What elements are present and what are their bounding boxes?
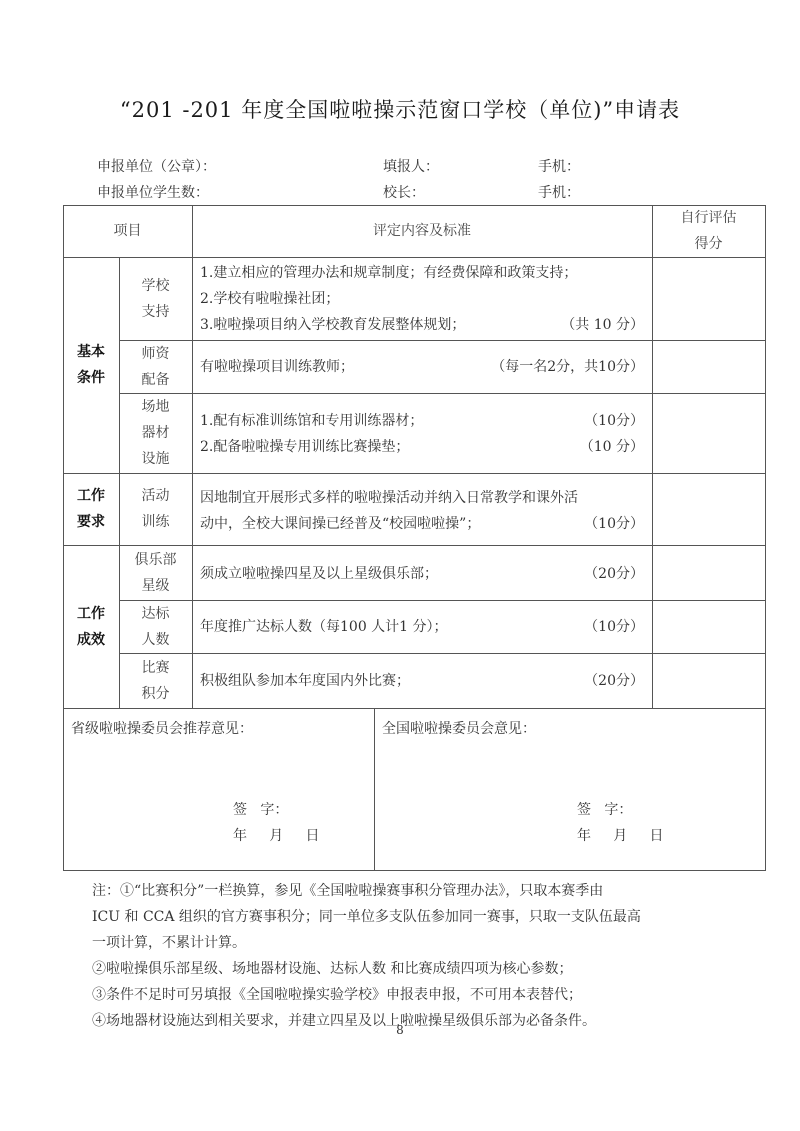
criteria-line: 3.啦啦操项目纳入学校教育发展整体规划；（共 10 分） — [200, 312, 644, 338]
category-line: 工作 — [77, 483, 105, 509]
criteria-club-star-level: 须成立啦啦操四星及以上星级俱乐部；（20分） — [192, 561, 652, 587]
criteria-text: 1.建立相应的管理办法和规章制度；有经费保障和政策支持； — [200, 260, 577, 286]
subitem-line: 人数 — [142, 627, 170, 653]
criteria-text: 有啦啦操项目训练教师； — [200, 354, 354, 380]
self-score-input-facilities[interactable] — [652, 393, 765, 473]
subitem-line: 支持 — [142, 299, 170, 325]
student-count-label: 申报单位学生数： — [97, 182, 209, 202]
category-line: 基本 — [77, 339, 105, 365]
criteria-facilities: 1.配有标准训练馆和专用训练器材；（10分） 2.配备啦啦操专用训练比赛操垫；（… — [192, 408, 652, 460]
criteria-line: 积极组队参加本年度国内外比赛；（20分） — [200, 668, 644, 694]
criteria-line: 年度推广达标人数（每100 人计1 分）；（10分） — [200, 614, 644, 640]
criteria-competition-points: 积极组队参加本年度国内外比赛；（20分） — [192, 668, 652, 694]
provincial-opinion-box[interactable]: 省级啦啦操委员会推荐意见： 签 字： 年 月 日 — [63, 708, 374, 870]
criteria-activity-training: 因地制宜开展形式多样的啦啦操活动并纳入日常教学和课外活 动中，全校大课间操已经普… — [192, 485, 652, 537]
provincial-date-label: 年 月 日 — [233, 825, 320, 845]
provincial-opinion-label: 省级啦啦操委员会推荐意见： — [71, 718, 253, 738]
criteria-text: 积极组队参加本年度国内外比赛； — [200, 668, 410, 694]
note-line: ③条件不足时可另填报《全国啦啦操实验学校》申报表申报，不可用本表替代； — [92, 982, 732, 1008]
criteria-score: （10 分） — [580, 434, 644, 460]
principal-label: 校长： — [383, 182, 425, 202]
category-basic-conditions: 基本 条件 — [63, 257, 119, 473]
subitem-school-support: 学校 支持 — [119, 257, 192, 340]
category-line: 条件 — [77, 365, 105, 391]
subitem-line: 器材 — [142, 420, 170, 446]
header-self-score: 自行评估 得分 — [652, 205, 765, 257]
criteria-qualified-count: 年度推广达标人数（每100 人计1 分）；（10分） — [192, 614, 652, 640]
criteria-line: 2.学校有啦啦操社团； — [200, 286, 644, 312]
principal-phone-label: 手机： — [538, 182, 580, 202]
criteria-teachers: 有啦啦操项目训练教师；（每一名2分，共10分） — [192, 354, 652, 380]
header-self-score-line1: 自行评估 — [681, 205, 737, 231]
category-work-requirements: 工作 要求 — [63, 473, 119, 545]
criteria-score: （20分） — [584, 668, 644, 694]
category-line: 成效 — [77, 627, 105, 653]
category-work-results: 工作 成效 — [63, 545, 119, 708]
criteria-text: 1.配有标准训练馆和专用训练器材； — [200, 408, 423, 434]
self-score-input-club-star-level[interactable] — [652, 545, 765, 600]
criteria-text: 2.配备啦啦操专用训练比赛操垫； — [200, 434, 409, 460]
subitem-line: 比赛 — [142, 655, 170, 681]
note-line: ICU 和 CCA 组织的官方赛事积分；同一单位多支队伍参加同一赛事，只取一支队… — [92, 904, 732, 930]
criteria-text: 动中，全校大课间操已经普及“校园啦啦操”； — [200, 511, 480, 537]
self-score-input-teachers[interactable] — [652, 340, 765, 393]
subitem-line: 星级 — [142, 573, 170, 599]
criteria-score: （20分） — [584, 561, 644, 587]
criteria-score: （每一名2分，共10分） — [491, 354, 644, 380]
criteria-text: 2.学校有啦啦操社团； — [200, 286, 339, 312]
self-score-input-competition-points[interactable] — [652, 653, 765, 708]
criteria-score: （10分） — [584, 408, 644, 434]
header-item-label: 项目 — [114, 218, 142, 244]
national-opinion-box[interactable]: 全国啦啦操委员会意见： 签 字： 年 月 日 — [374, 708, 765, 870]
category-line: 要求 — [77, 509, 105, 535]
criteria-line: 1.建立相应的管理办法和规章制度；有经费保障和政策支持； — [200, 260, 644, 286]
header-criteria: 评定内容及标准 — [192, 205, 652, 257]
criteria-score: （10分） — [584, 614, 644, 640]
subitem-line: 师资 — [142, 341, 170, 367]
self-score-input-activity-training[interactable] — [652, 473, 765, 545]
subitem-activity-training: 活动 训练 — [119, 473, 192, 545]
self-score-input-qualified-count[interactable] — [652, 600, 765, 653]
subitem-line: 训练 — [142, 509, 170, 535]
subitem-line: 设施 — [142, 446, 170, 472]
subitem-line: 俱乐部 — [135, 547, 177, 573]
criteria-line: 1.配有标准训练馆和专用训练器材；（10分） — [200, 408, 644, 434]
subitem-line: 活动 — [142, 483, 170, 509]
subitem-qualified-count: 达标 人数 — [119, 600, 192, 653]
criteria-school-support: 1.建立相应的管理办法和规章制度；有经费保障和政策支持； 2.学校有啦啦操社团；… — [192, 260, 652, 338]
subitem-competition-points: 比赛 积分 — [119, 653, 192, 708]
criteria-line: 动中，全校大课间操已经普及“校园啦啦操”；（10分） — [200, 511, 644, 537]
table-border-bottom — [63, 870, 766, 871]
note-line: 注：①“比赛积分”一栏换算，参见《全国啦啦操赛事积分管理办法》，只取本赛季由 — [92, 878, 732, 904]
national-date-label: 年 月 日 — [577, 825, 664, 845]
subitem-line: 学校 — [142, 273, 170, 299]
category-line: 工作 — [77, 601, 105, 627]
header-criteria-label: 评定内容及标准 — [373, 218, 471, 244]
applicant-unit-label: 申报单位（公章）： — [97, 156, 216, 176]
criteria-score: （10分） — [584, 511, 644, 537]
page-number: 8 — [0, 1023, 800, 1037]
criteria-text: 因地制宜开展形式多样的啦啦操活动并纳入日常教学和课外活 — [200, 485, 578, 511]
subitem-facilities: 场地 器材 设施 — [119, 393, 192, 473]
filler-phone-label: 手机： — [538, 156, 580, 176]
subitem-line: 达标 — [142, 601, 170, 627]
subitem-line: 场地 — [142, 394, 170, 420]
self-score-input-school-support[interactable] — [652, 257, 765, 340]
note-line: ②啦啦操俱乐部星级、场地器材设施、达标人数 和比赛成绩四项为核心参数； — [92, 956, 732, 982]
national-opinion-label: 全国啦啦操委员会意见： — [382, 718, 536, 738]
note-line: 一项计算，不累计计算。 — [92, 930, 732, 956]
criteria-text: 年度推广达标人数（每100 人计1 分）； — [200, 614, 448, 640]
header-self-score-line2: 得分 — [695, 231, 723, 257]
provincial-signature-label: 签 字： — [233, 799, 288, 819]
criteria-line: 有啦啦操项目训练教师；（每一名2分，共10分） — [200, 354, 644, 380]
criteria-score: （共 10 分） — [561, 312, 644, 338]
criteria-line: 因地制宜开展形式多样的啦啦操活动并纳入日常教学和课外活 — [200, 485, 644, 511]
criteria-text: 须成立啦啦操四星及以上星级俱乐部； — [200, 561, 438, 587]
header-item: 项目 — [63, 205, 192, 257]
table-border-right — [765, 205, 766, 871]
criteria-line: 须成立啦啦操四星及以上星级俱乐部；（20分） — [200, 561, 644, 587]
subitem-teachers: 师资 配备 — [119, 340, 192, 393]
criteria-line: 2.配备啦啦操专用训练比赛操垫；（10 分） — [200, 434, 644, 460]
subitem-club-star-level: 俱乐部 星级 — [119, 545, 192, 600]
subitem-line: 配备 — [142, 367, 170, 393]
criteria-text: 3.啦啦操项目纳入学校教育发展整体规划； — [200, 312, 465, 338]
form-title: “201 -201 年度全国啦啦操示范窗口学校（单位)”申请表 — [0, 94, 800, 124]
filler-label: 填报人： — [383, 156, 439, 176]
national-signature-label: 签 字： — [577, 799, 632, 819]
subitem-line: 积分 — [142, 681, 170, 707]
